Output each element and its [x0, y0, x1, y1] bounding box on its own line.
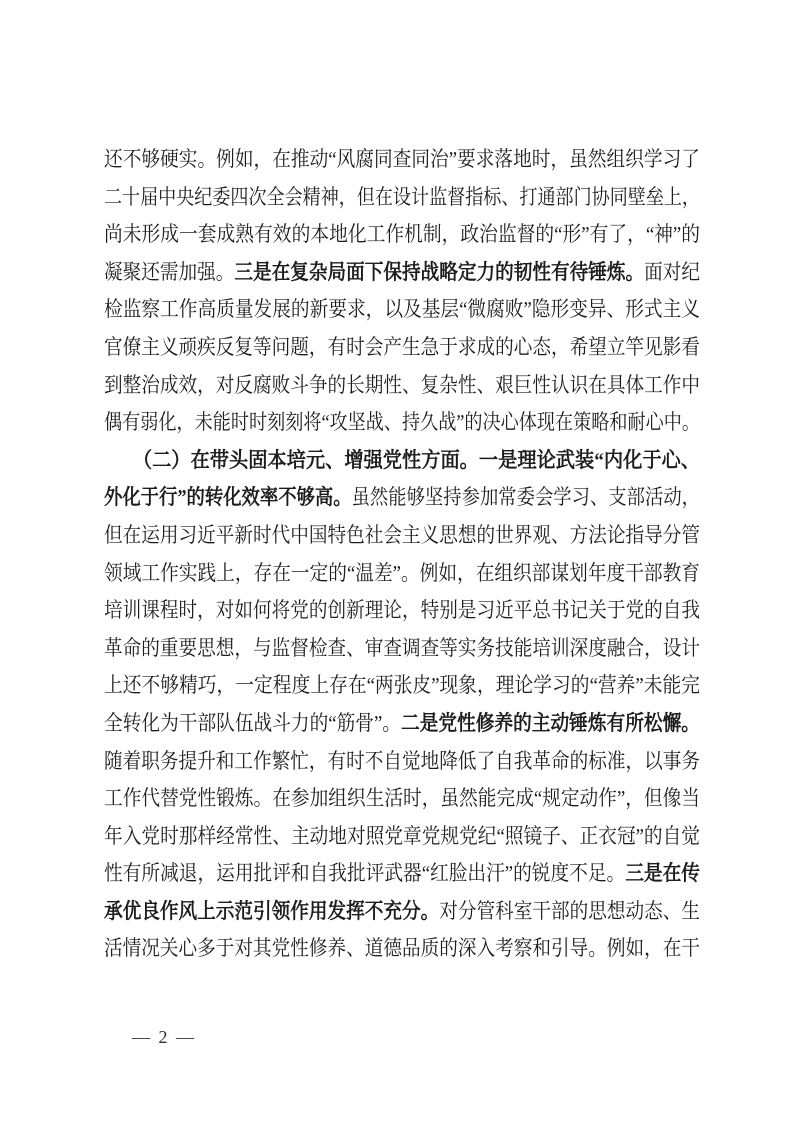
text-line: 活情况关心多于对其党性修养、道德品质的深入考察和引导。例如，在干 [104, 930, 700, 968]
text-segment: 二十届中央纪委四次全会精神，但在设计监督指标、打通部门协同壁垒上， [104, 185, 700, 209]
text-segment: 虽然能够坚持参加常委会学习、支部活动， [352, 485, 700, 509]
text-line: 上还不够精巧，一定程度上存在“两张皮”现象，理论学习的“营养”未能完 [104, 667, 700, 705]
document-page: 还不够硬实。例如，在推动“风腐同查同治”要求落地时，虽然组织学习了二十届中央纪委… [0, 0, 793, 1122]
page-number: — 2 — [132, 1027, 196, 1048]
text-line: 随着职务提升和工作繁忙，有时不自觉地降低了自我革命的标准，以事务 [104, 743, 700, 781]
text-line: 领域工作实践上，存在一定的“温差”。例如，在组织部谋划年度干部教育 [104, 555, 700, 593]
text-segment: 全转化为干部队伍战斗力的“筋骨”。 [104, 711, 401, 735]
text-line: 外化于行”的转化效率不够高。虽然能够坚持参加常委会学习、支部活动， [104, 479, 700, 517]
text-line: 年入党时那样经常性、主动地对照党章党规党纪“照镜子、正衣冠”的自觉 [104, 818, 700, 856]
text-line: 偶有弱化，未能时时刻刻将“攻坚战、持久战”的决心体现在策略和耐心中。 [104, 404, 700, 442]
text-line: 到整治成效，对反腐败斗争的长期性、复杂性、艰巨性认识在具体工作中 [104, 367, 700, 405]
text-line: 但在运用习近平新时代中国特色社会主义思想的世界观、方法论指导分管 [104, 517, 700, 555]
text-segment: 性有所减退，运用批评和自我批评武器“红脸出汗”的锐度不足。 [104, 861, 625, 885]
text-segment [104, 448, 142, 472]
text-line: 革命的重要思想，与监督检查、审查调查等实务技能培训深度融合，设计 [104, 630, 700, 668]
bold-text-segment: 三是在传 [625, 861, 700, 885]
text-line: 承优良作风上示范引领作用发挥不充分。对分管科室干部的思想动态、生 [104, 893, 700, 931]
bold-text-segment: 承优良作风上示范引领作用发挥不充分。 [104, 899, 439, 923]
text-segment: 偶有弱化，未能时时刻刻将“攻坚战、持久战”的决心体现在策略和耐心中。 [104, 410, 700, 434]
text-segment: 到整治成效，对反腐败斗争的长期性、复杂性、艰巨性认识在具体工作中 [104, 373, 700, 397]
text-segment: 上还不够精巧，一定程度上存在“两张皮”现象，理论学习的“营养”未能完 [104, 673, 700, 697]
text-line: 尚未形成一套成熟有效的本地化工作机制，政治监督的“形”有了，“神”的 [104, 216, 700, 254]
text-segment: 还不够硬实。例如，在推动“风腐同查同治”要求落地时，虽然组织学习了 [104, 147, 700, 171]
text-segment: 但在运用习近平新时代中国特色社会主义思想的世界观、方法论指导分管 [104, 523, 700, 547]
bold-text-segment: 外化于行”的转化效率不够高。 [104, 485, 352, 509]
document-body: 还不够硬实。例如，在推动“风腐同查同治”要求落地时，虽然组织学习了二十届中央纪委… [104, 141, 700, 968]
text-segment: 年入党时那样经常性、主动地对照党章党规党纪“照镜子、正衣冠”的自觉 [104, 824, 700, 848]
text-segment: 官僚主义顽疾反复等问题，有时会产生急于求成的心态，希望立竿见影看 [104, 335, 700, 359]
text-line: 还不够硬实。例如，在推动“风腐同查同治”要求落地时，虽然组织学习了 [104, 141, 700, 179]
text-segment: 随着职务提升和工作繁忙，有时不自觉地降低了自我革命的标准，以事务 [104, 749, 700, 773]
text-segment: 活情况关心多于对其党性修养、道德品质的深入考察和引导。例如，在干 [104, 936, 700, 960]
text-segment: 领域工作实践上，存在一定的“温差”。例如，在组织部谋划年度干部教育 [104, 561, 700, 585]
text-segment: 培训课程时，对如何将党的创新理论，特别是习近平总书记关于党的自我 [104, 598, 700, 622]
text-segment: 面对纪 [644, 260, 700, 284]
text-line: 全转化为干部队伍战斗力的“筋骨”。二是党性修养的主动锤炼有所松懈。 [104, 705, 700, 743]
text-segment: 检监察工作高质量发展的新要求，以及基层“微腐败”隐形变异、形式主义 [104, 297, 700, 321]
text-line: 培训课程时，对如何将党的创新理论，特别是习近平总书记关于党的自我 [104, 592, 700, 630]
text-line: 官僚主义顽疾反复等问题，有时会产生急于求成的心态，希望立竿见影看 [104, 329, 700, 367]
text-line: 二十届中央纪委四次全会精神，但在设计监督指标、打通部门协同壁垒上， [104, 179, 700, 217]
text-segment: 对分管科室干部的思想动态、生 [439, 899, 700, 923]
text-line: 检监察工作高质量发展的新要求，以及基层“微腐败”隐形变异、形式主义 [104, 291, 700, 329]
text-segment: 工作代替党性锻炼。在参加组织生活时，虽然能完成“规定动作”，但像当 [104, 786, 700, 810]
bold-text-segment: （二）在带头固本培元、增强党性方面。一是理论武装“内化于心、 [142, 448, 700, 472]
text-segment: 凝聚还需加强。 [104, 260, 234, 284]
bold-text-segment: 三是在复杂局面下保持战略定力的韧性有待锤炼。 [234, 260, 644, 284]
text-line: （二）在带头固本培元、增强党性方面。一是理论武装“内化于心、 [104, 442, 700, 480]
text-line: 工作代替党性锻炼。在参加组织生活时，虽然能完成“规定动作”，但像当 [104, 780, 700, 818]
text-line: 凝聚还需加强。三是在复杂局面下保持战略定力的韧性有待锤炼。面对纪 [104, 254, 700, 292]
bold-text-segment: 二是党性修养的主动锤炼有所松懈。 [401, 711, 700, 735]
text-line: 性有所减退，运用批评和自我批评武器“红脸出汗”的锐度不足。三是在传 [104, 855, 700, 893]
text-segment: 革命的重要思想，与监督检查、审查调查等实务技能培训深度融合，设计 [104, 636, 700, 660]
text-segment: 尚未形成一套成熟有效的本地化工作机制，政治监督的“形”有了，“神”的 [104, 222, 700, 246]
